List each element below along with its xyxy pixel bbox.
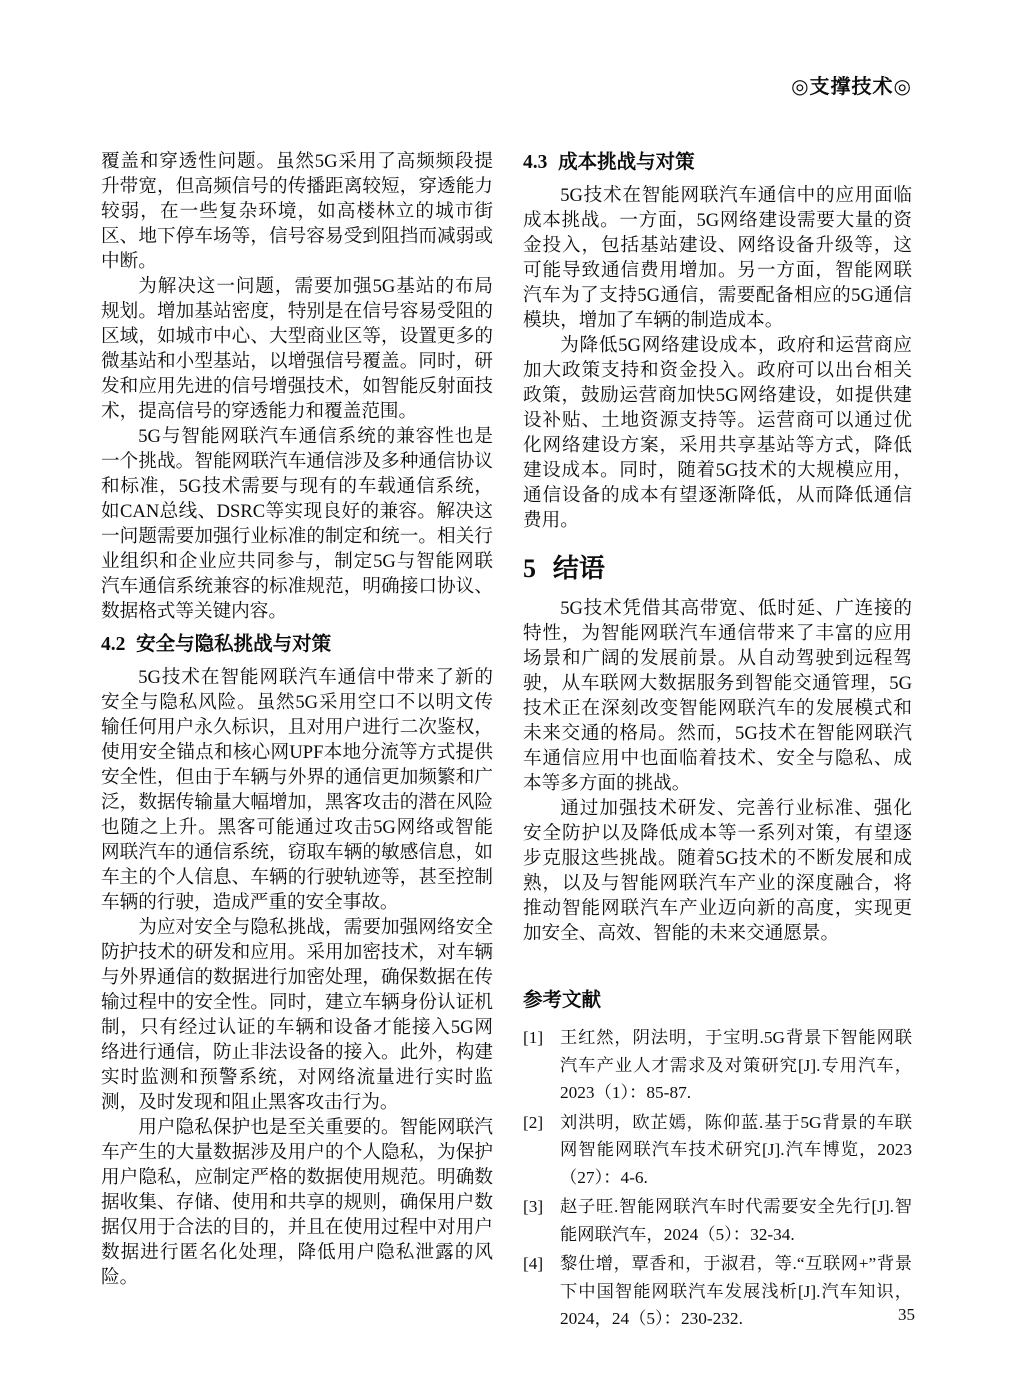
reference-marker: [3]	[523, 1193, 543, 1221]
section-number: 5	[523, 554, 536, 583]
paragraph: 覆盖和穿透性问题。虽然5G采用了高频频段提升带宽，但高频信号的传播距离较短，穿透…	[101, 149, 493, 274]
section-heading-5: 5结语	[523, 553, 912, 585]
reference-text: 赵子旺.智能网联汽车时代需要安全先行[J].智能网联汽车，2024（5）：32-…	[560, 1197, 912, 1244]
section-heading-4-2: 4.2安全与隐私挑战与对策	[101, 631, 493, 658]
reference-item: [3]赵子旺.智能网联汽车时代需要安全先行[J].智能网联汽车，2024（5）：…	[523, 1193, 912, 1248]
section-title: 安全与隐私挑战与对策	[136, 634, 331, 655]
section-title: 结语	[553, 554, 605, 583]
section-title: 成本挑战与对策	[558, 152, 695, 173]
reference-marker: [1]	[523, 1024, 543, 1052]
reference-item: [2]刘洪明，欧芷嫣，陈仰蓝.基于5G背景的车联网智能网联汽车技术研究[J].汽…	[523, 1109, 912, 1192]
references-list: [1]王红然，阴法明，于宝明.5G背景下智能网联汽车产业人才需求及对策研究[J]…	[523, 1024, 912, 1333]
paragraph: 为解决这一问题，需要加强5G基站的布局规划。增加基站密度，特别是在信号容易受阻的…	[101, 274, 493, 424]
journal-page: ◎支撑技术◎ 覆盖和穿透性问题。虽然5G采用了高频频段提升带宽，但高频信号的传播…	[0, 0, 1020, 1375]
section-number: 4.2	[101, 634, 125, 655]
paragraph: 为应对安全与隐私挑战，需要加强网络安全防护技术的研发和应用。采用加密技术，对车辆…	[101, 915, 493, 1115]
reference-text: 黎仕增，覃香和，于淑君，等.“互联网+”背景下中国智能网联汽车发展浅析[J].汽…	[560, 1254, 912, 1328]
reference-text: 刘洪明，欧芷嫣，陈仰蓝.基于5G背景的车联网智能网联汽车技术研究[J].汽车博览…	[560, 1113, 912, 1187]
right-column: 4.3成本挑战与对策 5G技术在智能网联汽车通信中的应用面临成本挑战。一方面，5…	[523, 149, 912, 1335]
reference-text: 王红然，阴法明，于宝明.5G背景下智能网联汽车产业人才需求及对策研究[J].专用…	[560, 1028, 912, 1102]
reference-marker: [4]	[523, 1250, 543, 1278]
reference-item: [1]王红然，阴法明，于宝明.5G背景下智能网联汽车产业人才需求及对策研究[J]…	[523, 1024, 912, 1107]
paragraph: 通过加强技术研发、完善行业标准、强化安全防护以及降低成本等一系列对策，有望逐步克…	[523, 796, 912, 946]
page-number: 35	[898, 1305, 915, 1325]
running-head-section-label: ◎支撑技术◎	[523, 70, 912, 99]
paragraph: 5G技术在智能网联汽车通信中带来了新的安全与隐私风险。虽然5G采用空口不以明文传…	[101, 665, 493, 915]
section-number: 4.3	[523, 152, 547, 173]
paragraph: 为降低5G网络建设成本，政府和运营商应加大政策支持和资金投入。政府可以出台相关政…	[523, 333, 912, 533]
reference-marker: [2]	[523, 1109, 543, 1137]
paragraph: 5G与智能网联汽车通信系统的兼容性也是一个挑战。智能网联汽车通信涉及多种通信协议…	[101, 424, 493, 624]
section-heading-4-3: 4.3成本挑战与对策	[523, 149, 912, 176]
reference-item: [4]黎仕增，覃香和，于淑君，等.“互联网+”背景下中国智能网联汽车发展浅析[J…	[523, 1250, 912, 1333]
paragraph: 用户隐私保护也是至关重要的。智能网联汽车产生的大量数据涉及用户的个人隐私，为保护…	[101, 1115, 493, 1290]
paragraph: 5G技术在智能网联汽车通信中的应用面临成本挑战。一方面，5G网络建设需要大量的资…	[523, 183, 912, 333]
paragraph: 5G技术凭借其高带宽、低时延、广连接的特性，为智能网联汽车通信带来了丰富的应用场…	[523, 596, 912, 796]
references-heading: 参考文献	[523, 988, 912, 1014]
left-column: 覆盖和穿透性问题。虽然5G采用了高频频段提升带宽，但高频信号的传播距离较短，穿透…	[101, 149, 493, 1290]
